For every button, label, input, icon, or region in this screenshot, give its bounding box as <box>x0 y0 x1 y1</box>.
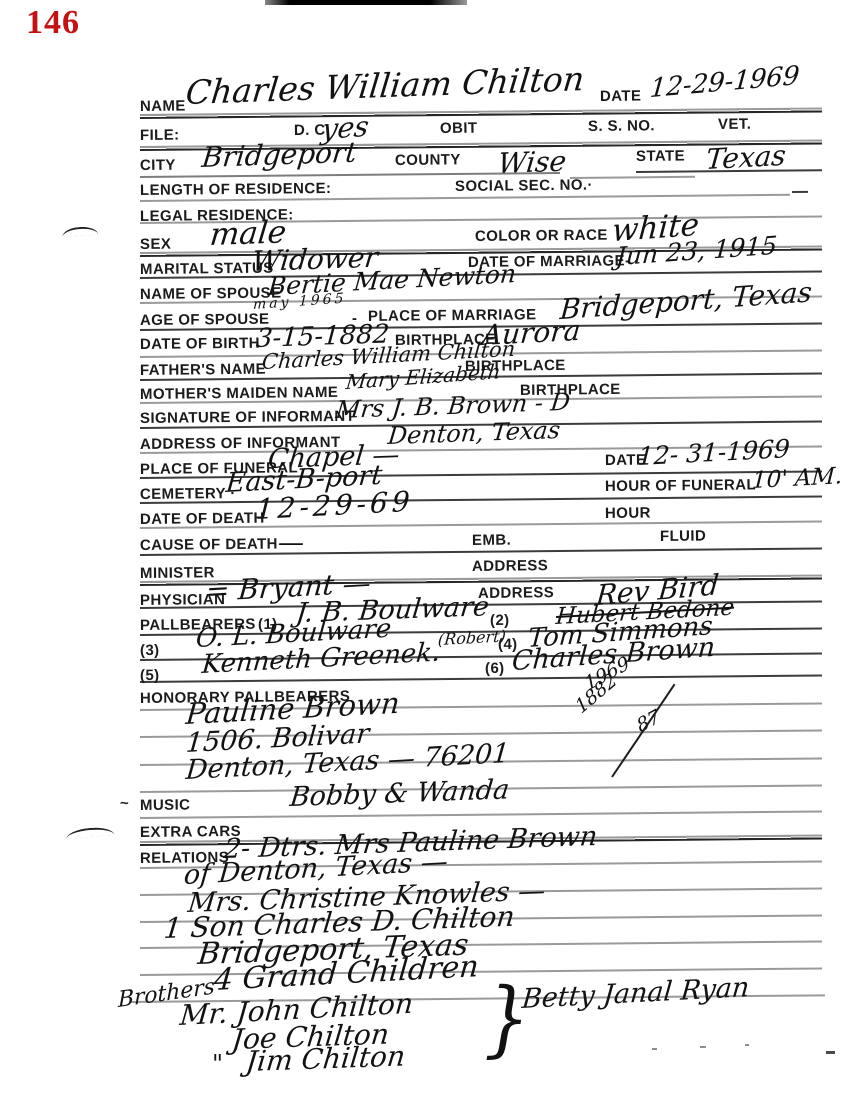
handwriting-brother-jim: Jim Chilton <box>245 1042 407 1076</box>
handwriting-betty-janal-ryan: Betty Janal Ryan <box>521 974 751 1013</box>
handwriting-cause-of-death: — <box>278 530 304 556</box>
field-label-length-of-residence: LENGTH OF RESIDENCE: <box>140 180 332 199</box>
field-label-file: FILE: <box>140 127 180 144</box>
scan-speck <box>826 1051 835 1054</box>
handwriting-pallbearer-3-note: (Robert) <box>437 628 506 648</box>
field-label-color-or-race: COLOR OR RACE <box>475 227 608 245</box>
field-label-obit: OBIT <box>440 120 478 137</box>
field-label-county: COUNTY <box>395 151 461 169</box>
handwriting-informant-address: Denton, Texas <box>387 418 562 448</box>
field-label-ssno: S. S. NO. <box>588 117 655 135</box>
handwriting-funeral-date: 12- 31-1969 <box>637 436 790 469</box>
field-label-state: STATE <box>636 147 685 165</box>
pallbearer-number-6: (6) <box>485 660 505 677</box>
scan-speck <box>652 1048 657 1050</box>
handwriting-city: Bridgeport <box>201 139 359 173</box>
scan-artifact-top-bar <box>265 0 467 5</box>
field-label-hour: HOUR <box>605 505 651 522</box>
rule-line <box>792 191 808 193</box>
field-label-cemetery: CEMETERY · <box>140 485 236 503</box>
rule-line <box>140 810 822 819</box>
field-label-vet: VET. <box>718 116 751 133</box>
music-tick-mark: ~ <box>120 795 129 812</box>
field-label-social-sec-no: SOCIAL SEC. NO.· <box>455 177 593 195</box>
scan-speck <box>700 1046 706 1048</box>
field-label-hour-of-funeral: HOUR OF FUNERAL <box>605 476 756 495</box>
field-label-date: DATE <box>600 88 642 105</box>
field-label-sex: SEX <box>140 236 171 253</box>
page-number: 146 <box>26 4 80 42</box>
pallbearer-number-5: (5) <box>140 667 160 684</box>
handwriting-state: Texas <box>705 142 787 174</box>
ditto-mark: " <box>212 1052 223 1076</box>
handwriting-music: Bobby & Wanda <box>289 776 511 811</box>
field-label-signature-of-informant: SIGNATURE OF INFORMANT <box>140 408 355 427</box>
pallbearer-number-3: (3) <box>140 642 160 659</box>
field-label-minister-address: ADDRESS <box>472 557 548 575</box>
handwriting-hour-of-funeral: 10' AM. <box>751 465 842 493</box>
field-label-age-of-spouse: AGE OF SPOUSE <box>140 311 270 329</box>
field-label-mothers-maiden-name: MOTHER'S MAIDEN NAME <box>140 384 338 403</box>
field-label-fluid: FLUID <box>660 528 706 545</box>
field-label-date-of-death: DATE OF DEATH <box>140 510 265 528</box>
field-label-cause-of-death: CAUSE OF DEATH <box>140 536 278 554</box>
handwriting-place-of-marriage: Bridgeport, Texas <box>559 278 813 324</box>
field-label-music: MUSIC <box>140 796 191 814</box>
field-label-name: NAME <box>140 98 186 115</box>
handwriting-name: Charles William Chilton <box>184 62 586 109</box>
field-label-minister: MINISTER <box>140 564 215 582</box>
field-label-emb: EMB. <box>472 532 511 549</box>
handwriting-date-of-death: 12-29-69 <box>255 488 414 524</box>
handwriting-county: Wise <box>497 148 568 178</box>
field-label-fathers-name: FATHER'S NAME <box>140 361 266 379</box>
scan-speck <box>745 1044 749 1046</box>
margin-pen-mark <box>62 226 99 237</box>
margin-pen-mark <box>66 826 115 839</box>
field-label-city: CITY <box>140 157 176 174</box>
handwriting-date: 12-29-1969 <box>649 63 801 102</box>
field-label-date-of-birth: DATE OF BIRTH <box>140 335 260 353</box>
